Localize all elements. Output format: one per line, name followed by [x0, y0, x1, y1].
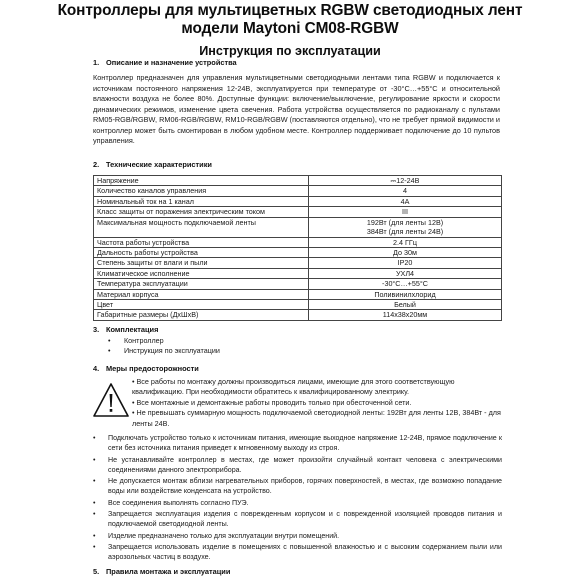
document-subtitle: Инструкция по эксплуатации — [0, 43, 580, 59]
section-number: 5. — [93, 567, 106, 577]
table-row: ЦветБелый — [94, 300, 502, 310]
spec-name: Габаритные размеры (ДхШхВ) — [94, 310, 309, 320]
precautions-list: •Подключать устройство только к источник… — [93, 433, 502, 564]
spec-value-line: УХЛ4 — [312, 269, 498, 278]
specifications-table: Напряжение⎓12-24ВКоличество каналов упра… — [93, 175, 502, 321]
spec-value: Поливинилхлорид — [309, 289, 502, 299]
list-item: •Подключать устройство только к источник… — [93, 433, 502, 453]
safety-warnings: • Все работы по монтажу должны производи… — [132, 377, 502, 429]
table-row: Степень защиты от влаги и пылиIP20 — [94, 258, 502, 268]
section-number: 1. — [93, 58, 106, 68]
spec-name: Цвет — [94, 300, 309, 310]
document-title-line-1: Контроллеры для мультицветных RGBW свето… — [0, 1, 580, 20]
section-title: Правила монтажа и эксплуатации — [106, 567, 230, 576]
spec-value-line: До 30м — [312, 248, 498, 257]
spec-value-line: 2.4 ГГц — [312, 238, 498, 247]
spec-value-line: IP20 — [312, 258, 498, 267]
spec-value-line: III — [312, 207, 498, 216]
list-item: •Не допускается монтаж вблизи нагревател… — [93, 476, 502, 496]
warning-item: • Все работы по монтажу должны производи… — [132, 377, 502, 398]
warning-triangle-icon — [92, 382, 130, 418]
table-row: Класс защиты от поражения электрическим … — [94, 207, 502, 217]
section-1-heading: 1.Описание и назначение устройства — [93, 58, 237, 68]
spec-value: Белый — [309, 300, 502, 310]
instruction-page: Контроллеры для мультицветных RGBW свето… — [0, 0, 580, 580]
table-row: Частота работы устройства2.4 ГГц — [94, 237, 502, 247]
warning-item: • Все монтажные и демонтажные работы про… — [132, 398, 502, 408]
spec-value: ⎓12-24В — [309, 176, 502, 186]
table-row: Количество каналов управления4 — [94, 186, 502, 196]
spec-value: До 30м — [309, 248, 502, 258]
spec-value: III — [309, 207, 502, 217]
section-number: 4. — [93, 364, 106, 374]
section-5-heading: 5.Правила монтажа и эксплуатации — [93, 567, 230, 577]
section-2-heading: 2.Технические характеристики — [93, 160, 212, 170]
spec-name: Частота работы устройства — [94, 237, 309, 247]
spec-value-line: 4А — [312, 197, 498, 206]
section-title: Описание и назначение устройства — [106, 58, 237, 67]
spec-value: 4А — [309, 196, 502, 206]
spec-value: УХЛ4 — [309, 268, 502, 278]
spec-value-line: 114х38х20мм — [312, 310, 498, 319]
table-row: Максимальная мощность подключаемой ленты… — [94, 217, 502, 237]
document-title-line-2: модели Maytoni CM08-RGBW — [0, 19, 580, 38]
spec-name: Класс защиты от поражения электрическим … — [94, 207, 309, 217]
list-item: •Контроллер — [108, 336, 220, 346]
spec-name: Материал корпуса — [94, 289, 309, 299]
spec-name: Напряжение — [94, 176, 309, 186]
spec-value: IP20 — [309, 258, 502, 268]
section-title: Технические характеристики — [106, 160, 212, 169]
list-item: •Не устанавливайте контроллер в местах, … — [93, 455, 502, 475]
spec-name: Номинальный ток на 1 канал — [94, 196, 309, 206]
list-item: •Изделие предназначено только для эксплу… — [93, 531, 502, 541]
list-item: •Инструкция по эксплуатации — [108, 346, 220, 356]
table-row: Материал корпусаПоливинилхлорид — [94, 289, 502, 299]
spec-value-line: 192Вт (для ленты 12В) — [312, 218, 498, 227]
list-item: •Все соединения выполнять согласно ПУЭ. — [93, 498, 502, 508]
spec-name: Максимальная мощность подключаемой ленты — [94, 217, 309, 237]
package-contents-list: •Контроллер •Инструкция по эксплуатации — [108, 336, 220, 356]
spec-value-line: 4 — [312, 186, 498, 195]
spec-name: Количество каналов управления — [94, 186, 309, 196]
section-title: Комплектация — [106, 325, 158, 334]
section-title: Меры предосторожности — [106, 364, 199, 373]
spec-value: 2.4 ГГц — [309, 237, 502, 247]
section-1-description: Контроллер предназначен для управления м… — [93, 73, 500, 147]
spec-value-line: -30°C…+55°C — [312, 279, 498, 288]
table-row: Климатическое исполнениеУХЛ4 — [94, 268, 502, 278]
spec-value-line: ⎓12-24В — [312, 176, 498, 185]
spec-value: -30°C…+55°C — [309, 279, 502, 289]
spec-name: Температура эксплуатации — [94, 279, 309, 289]
section-4-heading: 4.Меры предосторожности — [93, 364, 199, 374]
spec-value-line: Белый — [312, 300, 498, 309]
spec-value-line: 384Вт (для ленты 24В) — [312, 227, 498, 236]
table-row: Напряжение⎓12-24В — [94, 176, 502, 186]
spec-value: 4 — [309, 186, 502, 196]
spec-value: 192Вт (для ленты 12В)384Вт (для ленты 24… — [309, 217, 502, 237]
section-3-heading: 3.Комплектация — [93, 325, 158, 335]
section-number: 3. — [93, 325, 106, 335]
table-row: Номинальный ток на 1 канал4А — [94, 196, 502, 206]
list-item: •Запрещается использовать изделие в поме… — [93, 542, 502, 562]
list-item: •Запрещается эксплуатация изделия с повр… — [93, 509, 502, 529]
spec-name: Климатическое исполнение — [94, 268, 309, 278]
spec-value-line: Поливинилхлорид — [312, 290, 498, 299]
spec-value: 114х38х20мм — [309, 310, 502, 320]
section-number: 2. — [93, 160, 106, 170]
spec-name: Степень защиты от влаги и пыли — [94, 258, 309, 268]
spec-name: Дальность работы устройства — [94, 248, 309, 258]
warning-item: • Не превышать суммарную мощность подклю… — [132, 408, 502, 429]
table-row: Температура эксплуатации-30°C…+55°C — [94, 279, 502, 289]
table-row: Дальность работы устройстваДо 30м — [94, 248, 502, 258]
table-row: Габаритные размеры (ДхШхВ)114х38х20мм — [94, 310, 502, 320]
